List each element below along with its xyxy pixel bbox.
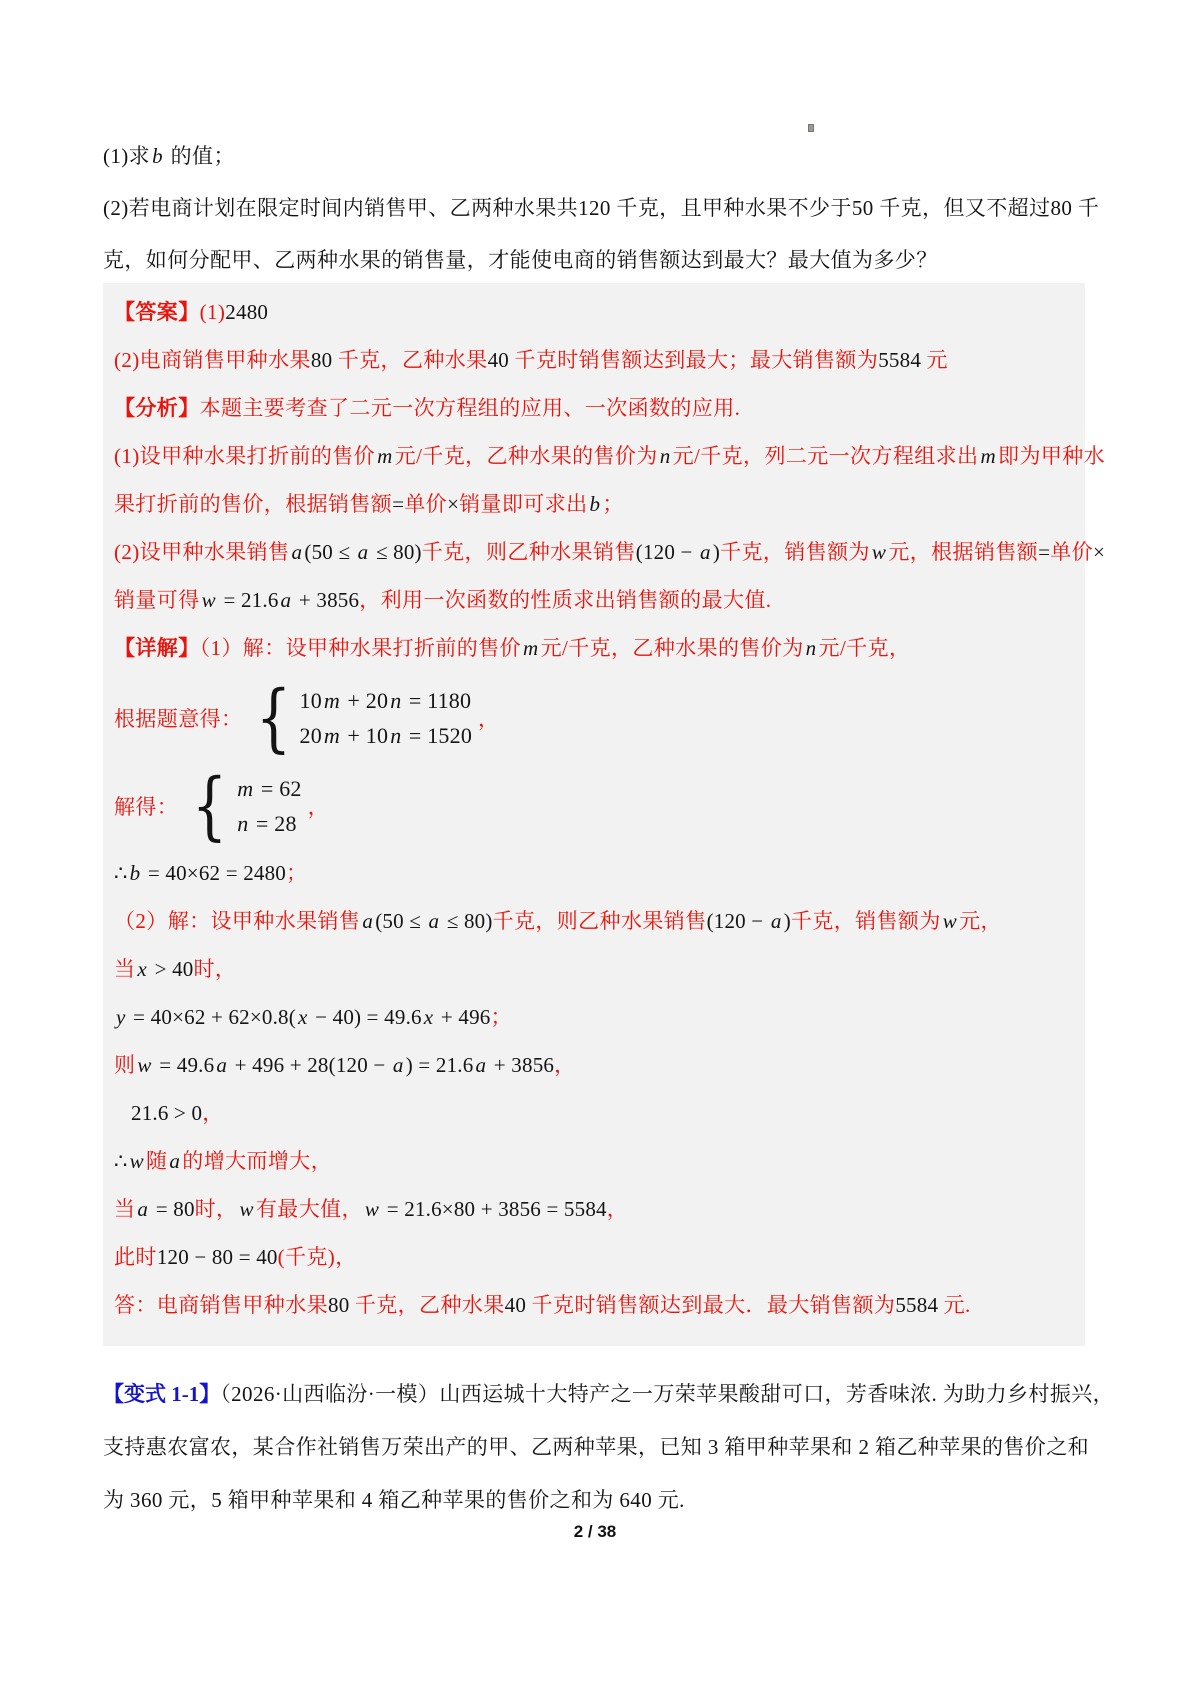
text-segment: 80 bbox=[311, 348, 338, 372]
text-segment: 元， bbox=[959, 909, 1002, 933]
text-segment: > 40 bbox=[149, 957, 193, 981]
text-segment: 随 bbox=[146, 1149, 167, 1173]
text-segment: = 80 bbox=[150, 1197, 194, 1221]
text-segment: a bbox=[214, 1053, 229, 1077]
text-segment: 销量即可求出 bbox=[459, 492, 587, 516]
text-segment: n bbox=[804, 636, 819, 660]
text-segment: 千克，销售额为 bbox=[720, 540, 870, 564]
text-line: y = 40×62 + 62×0.8(x − 40) = 49.6x + 496… bbox=[114, 1004, 1075, 1031]
text-segment: 果打折前的售价，根据销售额 bbox=[114, 492, 392, 516]
text-line: (2)电商销售甲种水果80 千克，乙种水果40 千克时销售额达到最大；最大销售额… bbox=[114, 347, 1075, 374]
text-segment: × bbox=[447, 492, 459, 516]
text-segment: b bbox=[588, 492, 603, 516]
equation-line: 20m + 10n = 1520 bbox=[300, 718, 473, 753]
text-segment: 5584 bbox=[895, 1293, 943, 1317]
text-segment: 千克，乙种水果 bbox=[338, 348, 488, 372]
text-segment: 40 bbox=[488, 348, 515, 372]
text-segment: 2480 bbox=[225, 300, 268, 324]
text-segment: n bbox=[658, 444, 673, 468]
equation-line: m = 62 bbox=[235, 771, 301, 806]
text-segment: (2)设甲种水果销售 bbox=[114, 540, 290, 564]
text-line: 则w = 49.6a + 496 + 28(120 − a) = 21.6a +… bbox=[114, 1052, 1075, 1079]
text-segment: w bbox=[363, 1197, 381, 1221]
text-segment: 千克时销售额达到最大；最大销售额为 bbox=[514, 348, 878, 372]
text-segment: ， bbox=[478, 707, 499, 731]
text-segment: = bbox=[1038, 540, 1050, 564]
text-segment: a bbox=[135, 1197, 150, 1221]
text-segment: a bbox=[473, 1053, 488, 1077]
text-segment: 时， bbox=[193, 957, 236, 981]
text-segment: (2)电商销售甲种水果 bbox=[114, 348, 311, 372]
text-segment: + 496 bbox=[435, 1005, 490, 1029]
text-segment: ≤ 80) bbox=[371, 540, 422, 564]
text-segment: （2026·山西临汾·一模）山西运城十大特产之一万荣苹果酸甜可口，芳香味浓. 为… bbox=[220, 1382, 1114, 1406]
text-segment: x bbox=[422, 1005, 436, 1029]
text-segment: 当 bbox=[114, 1197, 135, 1221]
text-line: 克，如何分配甲、乙两种水果的销售量，才能使电商的销售额达到最大？最大值为多少？ bbox=[103, 247, 1093, 274]
text-segment: w bbox=[941, 909, 959, 933]
text-segment: a bbox=[279, 588, 294, 612]
text-segment: + 10 bbox=[342, 723, 388, 748]
equation-system: 解得：{m = 62n = 28， bbox=[114, 771, 1075, 841]
text-segment: w bbox=[870, 540, 888, 564]
text-segment: 为 360 元，5 箱甲种苹果和 4 箱乙种苹果的售价之和为 640 元. bbox=[103, 1488, 685, 1512]
text-segment: ； bbox=[491, 1005, 512, 1029]
text-segment: （2）解：设甲种水果销售 bbox=[114, 909, 360, 933]
text-line: (1)求b 的值； bbox=[103, 143, 1093, 170]
text-segment: (千克)， bbox=[278, 1245, 357, 1269]
text-segment: 元，根据销售额 bbox=[888, 540, 1038, 564]
text-line: (1)设甲种水果打折前的售价m元/千克，乙种水果的售价为n元/千克，列二元一次方… bbox=[114, 443, 1075, 470]
text-segment: (2)若电商计划在限定时间内销售甲、乙两种水果共120 千克，且甲种水果不少于5… bbox=[103, 196, 1099, 220]
text-segment: b bbox=[128, 861, 143, 885]
left-brace: { bbox=[192, 771, 227, 841]
text-segment: ∴ bbox=[114, 1149, 128, 1173]
text-segment: + 3856 bbox=[488, 1053, 554, 1077]
text-line: 【答案】(1)2480 bbox=[114, 299, 1075, 326]
text-segment: w bbox=[237, 1197, 255, 1221]
text-segment: 当 bbox=[114, 957, 135, 981]
text-segment: = 49.6 bbox=[154, 1053, 215, 1077]
text-line: 销量可得w = 21.6a + 3856，利用一次函数的性质求出销售额的最大值. bbox=[114, 587, 1075, 614]
text-segment: 单价 bbox=[404, 492, 447, 516]
text-segment: 销量可得 bbox=[114, 588, 200, 612]
text-segment: 解得： bbox=[114, 795, 178, 819]
page-number-text: 2 / 38 bbox=[574, 1522, 617, 1541]
text-segment: 此时 bbox=[114, 1245, 157, 1269]
text-segment: 根据题意得： bbox=[114, 707, 242, 731]
text-segment: 克，如何分配甲、乙两种水果的销售量，才能使电商的销售额达到最大？最大值为多少？ bbox=[103, 248, 938, 272]
text-segment: ) = 21.6 bbox=[406, 1053, 474, 1077]
text-segment: ，利用一次函数的性质求出销售额的最大值. bbox=[359, 588, 771, 612]
text-segment: 千克，乙种水果 bbox=[355, 1293, 505, 1317]
text-segment: = 21.6×80 + 3856 = 5584 bbox=[381, 1197, 606, 1221]
text-segment: x bbox=[296, 1005, 310, 1029]
text-line: 【详解】（1）解：设甲种水果打折前的售价m元/千克，乙种水果的售价为n元/千克， bbox=[114, 635, 1075, 662]
text-segment: ， bbox=[554, 1053, 575, 1077]
text-line: 【变式 1-1】（2026·山西临汾·一模）山西运城十大特产之一万荣苹果酸甜可口… bbox=[103, 1381, 1093, 1408]
left-brace: { bbox=[256, 683, 291, 753]
text-segment: 10 bbox=[300, 688, 322, 713]
text-segment: 元/千克， bbox=[819, 636, 911, 660]
text-segment: w bbox=[200, 588, 218, 612]
page-number: 2 / 38 bbox=[0, 1522, 1190, 1542]
text-line: 为 360 元，5 箱甲种苹果和 4 箱乙种苹果的售价之和为 640 元. bbox=[103, 1487, 1093, 1514]
text-segment: 元 bbox=[926, 348, 947, 372]
text-segment: a bbox=[769, 909, 784, 933]
answer-box: 【答案】(1)2480(2)电商销售甲种水果80 千克，乙种水果40 千克时销售… bbox=[103, 283, 1085, 1346]
text-segment: 元/千克，乙种水果的售价为 bbox=[541, 636, 804, 660]
text-line: 当a = 80时，w有最大值，w = 21.6×80 + 3856 = 5584… bbox=[114, 1196, 1075, 1223]
stray-dot-artifact bbox=[809, 125, 813, 131]
text-segment: 的值； bbox=[165, 144, 235, 168]
text-segment: 千克时销售额达到最大．最大销售额为 bbox=[532, 1293, 896, 1317]
text-segment: ； bbox=[602, 492, 623, 516]
text-segment: a bbox=[391, 1053, 406, 1077]
text-segment: = 62 bbox=[255, 776, 301, 801]
text-segment: 21.6 > 0 bbox=[131, 1101, 202, 1125]
text-segment: 的增大而增大， bbox=[182, 1149, 332, 1173]
text-segment: 【分析】 bbox=[114, 396, 200, 420]
equation-system: 根据题意得：{10m + 20n = 118020m + 10n = 1520， bbox=[114, 683, 1075, 753]
text-segment: = bbox=[392, 492, 404, 516]
text-segment: m bbox=[322, 723, 342, 748]
text-segment: a bbox=[360, 909, 375, 933]
text-segment: 即为甲种水 bbox=[998, 444, 1105, 468]
text-segment: 千克，则乙种水果销售 bbox=[493, 909, 707, 933]
text-segment: ) bbox=[784, 909, 791, 933]
text-segment: m bbox=[322, 688, 342, 713]
text-segment: = 21.6 bbox=[218, 588, 279, 612]
text-segment: 支持惠农富农，某合作社销售万荣出产的甲、乙两种苹果，已知 3 箱甲种苹果和 2 … bbox=[103, 1435, 1089, 1459]
text-segment: ， bbox=[308, 795, 329, 819]
text-line: (2)设甲种水果销售a(50 ≤ a ≤ 80)千克，则乙种水果销售(120 −… bbox=[114, 539, 1075, 566]
text-segment: a bbox=[356, 540, 371, 564]
text-line: ∴b = 40×62 = 2480； bbox=[114, 860, 1075, 887]
text-segment: m bbox=[978, 444, 998, 468]
text-segment: m bbox=[235, 776, 255, 801]
document-page: (1)求b 的值；(2)若电商计划在限定时间内销售甲、乙两种水果共120 千克，… bbox=[0, 0, 1190, 1683]
text-segment: n bbox=[235, 811, 250, 836]
text-line: ∴w随a的增大而增大， bbox=[114, 1148, 1075, 1175]
text-segment: 元. bbox=[944, 1293, 971, 1317]
text-segment: = 40×62 = 2480 bbox=[142, 861, 286, 885]
problem-statement: (1)求b 的值；(2)若电商计划在限定时间内销售甲、乙两种水果共120 千克，… bbox=[103, 143, 1093, 299]
text-segment: 则 bbox=[114, 1053, 135, 1077]
text-line: 答：电商销售甲种水果80 千克，乙种水果40 千克时销售额达到最大．最大销售额为… bbox=[114, 1292, 1075, 1319]
text-segment: w bbox=[135, 1053, 153, 1077]
text-segment: a bbox=[698, 540, 713, 564]
text-segment: 5584 bbox=[878, 348, 926, 372]
text-segment: 答：电商销售甲种水果 bbox=[114, 1293, 328, 1317]
text-segment: = 40×62 + 62×0.8( bbox=[128, 1005, 296, 1029]
text-segment: x bbox=[135, 957, 149, 981]
text-line: 果打折前的售价，根据销售额=单价×销量即可求出b； bbox=[114, 491, 1075, 518]
text-segment: m bbox=[521, 636, 541, 660]
text-line: 此时120 − 80 = 40(千克)， bbox=[114, 1244, 1075, 1271]
text-segment: 120 − 80 = 40 bbox=[157, 1245, 278, 1269]
text-segment: 【变式 1-1】 bbox=[103, 1382, 220, 1406]
text-segment: (120 − bbox=[707, 909, 769, 933]
text-segment: 元/千克，乙种水果的售价为 bbox=[395, 444, 658, 468]
text-segment: w bbox=[128, 1149, 146, 1173]
text-segment: = 28 bbox=[250, 811, 296, 836]
text-segment: − 40) = 49.6 bbox=[310, 1005, 422, 1029]
text-segment: (50 ≤ bbox=[375, 909, 426, 933]
text-line: 21.6 > 0， bbox=[131, 1100, 1075, 1127]
text-segment: n bbox=[388, 688, 403, 713]
text-line: （2）解：设甲种水果销售a(50 ≤ a ≤ 80)千克，则乙种水果销售(120… bbox=[114, 908, 1075, 935]
text-segment: + 3856 bbox=[293, 588, 359, 612]
text-segment: a bbox=[167, 1149, 182, 1173]
text-segment: 【答案】 bbox=[114, 300, 200, 324]
text-segment: (50 ≤ bbox=[304, 540, 355, 564]
text-segment: (120 − bbox=[636, 540, 698, 564]
text-segment: 千克，则乙种水果销售 bbox=[422, 540, 636, 564]
text-segment: = 1520 bbox=[403, 723, 472, 748]
text-segment: = 1180 bbox=[403, 688, 471, 713]
text-line: 当x > 40时， bbox=[114, 956, 1075, 983]
text-line: (2)若电商计划在限定时间内销售甲、乙两种水果共120 千克，且甲种水果不少于5… bbox=[103, 195, 1093, 222]
text-segment: 本题主要考查了二元一次方程组的应用、一次函数的应用. bbox=[200, 396, 741, 420]
text-segment: + 20 bbox=[342, 688, 388, 713]
text-segment: 40 bbox=[505, 1293, 532, 1317]
text-segment: 【详解】 bbox=[114, 636, 200, 660]
text-segment: ∴ bbox=[114, 861, 128, 885]
text-line: 【分析】本题主要考查了二元一次方程组的应用、一次函数的应用. bbox=[114, 395, 1075, 422]
text-segment: 80 bbox=[328, 1293, 355, 1317]
text-segment: y bbox=[114, 1005, 128, 1029]
text-segment: (1)设甲种水果打折前的售价 bbox=[114, 444, 375, 468]
text-segment: 千克，销售额为 bbox=[791, 909, 941, 933]
text-segment: m bbox=[375, 444, 395, 468]
text-segment: 20 bbox=[300, 723, 322, 748]
text-segment: 单价 bbox=[1050, 540, 1093, 564]
text-segment: + 496 + 28(120 − bbox=[229, 1053, 391, 1077]
text-segment: a bbox=[290, 540, 305, 564]
equation-line: n = 28 bbox=[235, 806, 301, 841]
text-segment: ≤ 80) bbox=[441, 909, 492, 933]
text-segment: ； bbox=[286, 861, 307, 885]
text-segment: n bbox=[388, 723, 403, 748]
variation-problem: 【变式 1-1】（2026·山西临汾·一模）山西运城十大特产之一万荣苹果酸甜可口… bbox=[103, 1381, 1093, 1540]
text-segment: b bbox=[150, 144, 165, 168]
text-segment: （1）解：设甲种水果打折前的售价 bbox=[200, 636, 521, 660]
text-segment: 有最大值， bbox=[256, 1197, 363, 1221]
text-segment: 时， bbox=[195, 1197, 238, 1221]
text-segment: (1) bbox=[200, 300, 226, 324]
text-line: 支持惠农富农，某合作社销售万荣出产的甲、乙两种苹果，已知 3 箱甲种苹果和 2 … bbox=[103, 1434, 1093, 1461]
text-segment: a bbox=[426, 909, 441, 933]
text-segment: ， bbox=[607, 1197, 628, 1221]
text-segment: 元/千克，列二元一次方程组求出 bbox=[673, 444, 979, 468]
text-segment: (1)求 bbox=[103, 144, 150, 168]
text-segment: ， bbox=[202, 1101, 223, 1125]
equation-line: 10m + 20n = 1180 bbox=[300, 683, 473, 718]
text-segment: × bbox=[1093, 540, 1105, 564]
